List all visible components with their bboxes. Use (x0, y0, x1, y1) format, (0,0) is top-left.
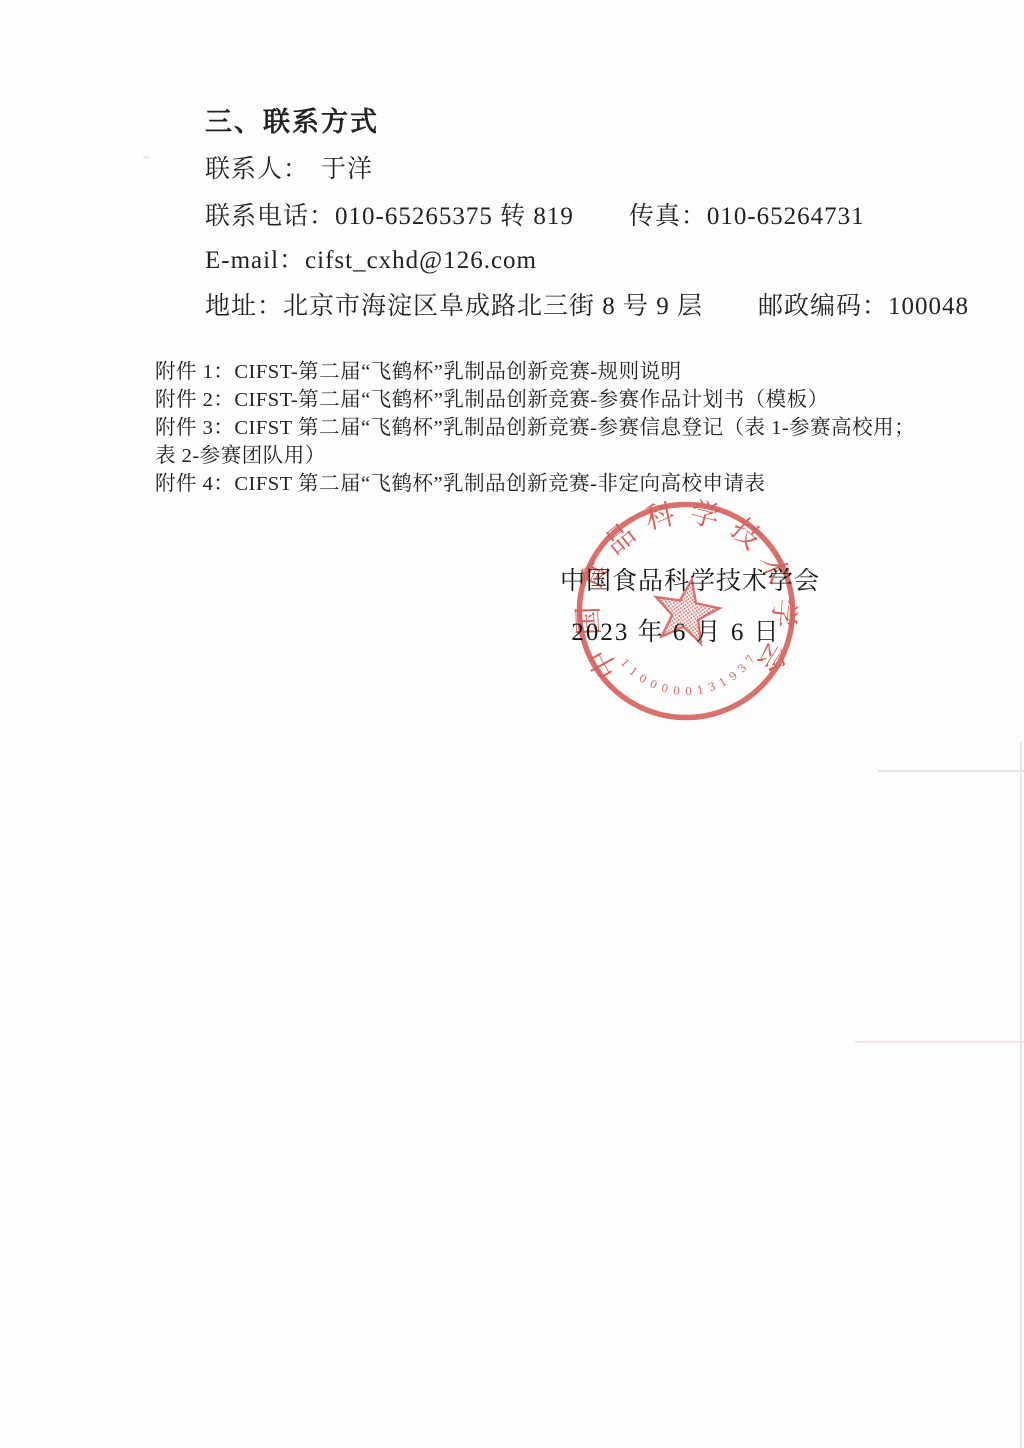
section-heading: 三、联系方式 (205, 100, 379, 139)
signature-date: 2023 年 6 月 6 日 (526, 612, 826, 648)
contact-person-label: 联系人： (205, 156, 309, 183)
contact-email-label: E-mail： (205, 247, 305, 274)
seal-number: 1100000131937 (618, 648, 761, 698)
contact-address-value: 北京市海淀区阜成路北三街 8 号 9 层 (283, 293, 703, 320)
contact-postal-label: 邮政编码： (758, 293, 888, 320)
contact-person-line: 联系人：于洋 (205, 149, 373, 185)
contact-fax-label: 传真： (629, 203, 707, 230)
scan-artifact-edge (1020, 742, 1022, 1448)
contact-fax-value: 010-65264731 (707, 203, 865, 230)
attachment-item-1: 附件 1：CIFST-第二届“飞鹤杯”乳制品创新竞赛-规则说明 (155, 358, 930, 386)
scan-artifact-line (878, 770, 1024, 772)
attachment-item-2: 附件 2：CIFST-第二届“飞鹤杯”乳制品创新竞赛-参赛作品计划书（模板） (155, 386, 930, 414)
contact-address-line: 地址：北京市海淀区阜成路北三街 8 号 9 层邮政编码：100048 (205, 286, 969, 322)
attachment-item-3: 附件 3：CIFST 第二届“飞鹤杯”乳制品创新竞赛-参赛信息登记（表 1-参赛… (155, 414, 930, 470)
contact-phone-value: 010-65265375 转 819 (335, 203, 574, 230)
contact-phone-line: 联系电话：010-65265375 转 819传真：010-65264731 (205, 196, 865, 232)
attachments-list: 附件 1：CIFST-第二届“飞鹤杯”乳制品创新竞赛-规则说明 附件 2：CIF… (155, 358, 930, 498)
contact-phone-label: 联系电话： (205, 203, 335, 230)
contact-postal-value: 100048 (888, 293, 969, 320)
attachment-item-4: 附件 4：CIFST 第二届“飞鹤杯”乳制品创新竞赛-非定向高校申请表 (155, 470, 930, 498)
contact-person-value: 于洋 (321, 156, 373, 183)
scan-artifact-line (855, 1041, 1024, 1043)
signature-organization: 中国食品科学技术学会 (540, 561, 840, 597)
document-page: 三、联系方式 联系人：于洋 联系电话：010-65265375 转 819传真：… (0, 0, 1024, 1448)
contact-email-value: cifst_cxhd@126.com (305, 247, 537, 274)
signature-block: 中国食品科学技术学会 2023 年 6 月 6 日 (540, 561, 840, 648)
contact-email-line: E-mail：cifst_cxhd@126.com (205, 240, 537, 276)
contact-address-label: 地址： (205, 293, 283, 320)
scan-artifact-speck (143, 156, 149, 159)
